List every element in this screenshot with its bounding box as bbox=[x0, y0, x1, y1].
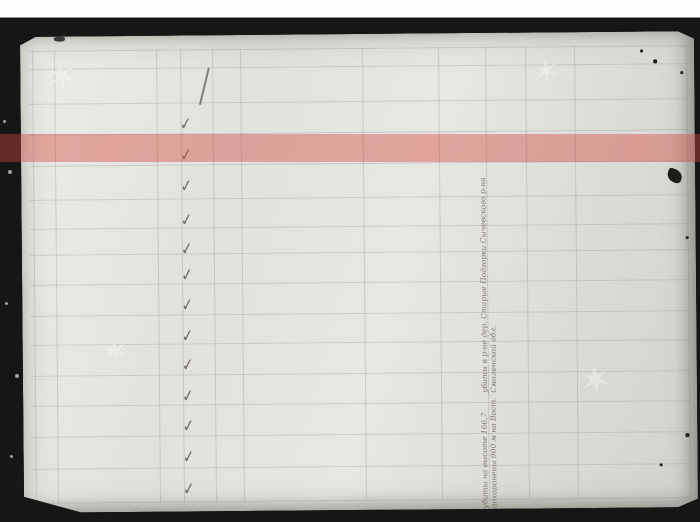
star-watermark-icon: ✶ bbox=[98, 330, 134, 375]
check-mark: ✓ bbox=[179, 145, 193, 166]
check-mark: ✓ bbox=[182, 479, 196, 500]
grid-hline bbox=[28, 63, 688, 70]
ink-speck bbox=[685, 433, 689, 437]
grid-hline bbox=[29, 98, 689, 105]
table-row: ✓ bbox=[20, 31, 694, 37]
table-row: ✓ bbox=[20, 31, 694, 37]
scanned-document-viewport: ✶✶✶✶ ✓✓✓✓✓✓✓✓✓✓✓✓✓ убиты в р-не дер. Ста… bbox=[0, 0, 700, 522]
check-mark: ✓ bbox=[179, 176, 193, 197]
watermark-layer: ✶✶✶✶ bbox=[20, 31, 694, 37]
check-mark: ✓ bbox=[182, 447, 196, 468]
grid-hline bbox=[29, 129, 689, 136]
table-row: ✓ bbox=[20, 31, 694, 37]
dust-speck bbox=[10, 455, 13, 458]
grid-hline bbox=[30, 223, 690, 230]
check-mark: ✓ bbox=[181, 326, 195, 347]
ink-speck bbox=[680, 71, 683, 74]
ink-speck bbox=[686, 236, 689, 239]
star-watermark-icon: ✶ bbox=[576, 356, 616, 406]
scanner-bed-strip bbox=[0, 0, 700, 18]
ink-speck bbox=[653, 59, 657, 63]
document-page: ✶✶✶✶ ✓✓✓✓✓✓✓✓✓✓✓✓✓ убиты в р-не дер. Ста… bbox=[20, 31, 698, 513]
table-row bbox=[20, 31, 694, 37]
table-row: ✓ bbox=[20, 31, 694, 37]
scan-background: ✶✶✶✶ ✓✓✓✓✓✓✓✓✓✓✓✓✓ убиты в р-не дер. Ста… bbox=[0, 18, 700, 522]
grid-hline bbox=[30, 249, 690, 256]
grid-vline bbox=[54, 51, 59, 503]
table-row: ✓ bbox=[20, 31, 694, 37]
grid-vline bbox=[32, 51, 37, 503]
check-mark: ✓ bbox=[179, 114, 193, 135]
table-row: ✓ bbox=[20, 31, 694, 37]
dust-speck bbox=[5, 302, 8, 305]
paper-specks bbox=[20, 31, 694, 37]
table-row: ✓ bbox=[20, 31, 694, 37]
grid-hline bbox=[29, 194, 689, 201]
dust-speck bbox=[8, 170, 12, 174]
grid-vline bbox=[686, 45, 691, 497]
grid-hline bbox=[32, 463, 692, 470]
check-mark: ✓ bbox=[180, 239, 194, 260]
edge-notch bbox=[54, 37, 65, 42]
ink-speck bbox=[640, 50, 643, 53]
margin-note-vertical-lower: убиты на высоте 166,7 похоронены 900 м н… bbox=[480, 393, 511, 508]
grid-hline bbox=[30, 310, 690, 317]
grid-hline bbox=[29, 160, 689, 167]
torn-edge-mark bbox=[665, 167, 683, 184]
grid-vline bbox=[438, 47, 443, 499]
check-mark: ✓ bbox=[180, 295, 194, 316]
table-grid bbox=[20, 31, 694, 37]
grid-hline bbox=[31, 431, 691, 438]
check-mark: ✓ bbox=[181, 416, 195, 437]
grid-vline bbox=[156, 50, 161, 502]
grid-vline bbox=[574, 46, 579, 498]
check-mark: ✓ bbox=[181, 355, 195, 376]
table-row: ✓ bbox=[20, 31, 694, 37]
table-row: ✓ bbox=[20, 31, 694, 37]
dust-speck bbox=[3, 120, 6, 123]
grid-vline bbox=[240, 49, 245, 501]
grid-vline bbox=[525, 47, 530, 499]
star-watermark-icon: ✶ bbox=[529, 50, 563, 94]
check-mark: ✓ bbox=[180, 210, 194, 231]
margin-note-vertical-upper: убиты в р-не дер. Старые Подгорки Сычевс… bbox=[478, 163, 516, 393]
grid-hline bbox=[32, 497, 692, 504]
column-number-row bbox=[20, 31, 694, 37]
table-row: ✓ bbox=[20, 31, 694, 37]
pencil-slash-mark bbox=[199, 68, 210, 105]
table-row: ✓ bbox=[20, 31, 694, 37]
grid-hline bbox=[28, 45, 688, 52]
check-mark: ✓ bbox=[180, 265, 194, 286]
grid-hline bbox=[30, 279, 690, 286]
table-rows: ✓✓✓✓✓✓✓✓✓✓✓✓✓ bbox=[20, 31, 694, 37]
table-row: ✓ bbox=[20, 31, 694, 37]
ink-speck bbox=[660, 463, 663, 466]
dust-speck bbox=[15, 374, 19, 378]
star-watermark-icon: ✶ bbox=[42, 52, 82, 102]
table-row: ✓ bbox=[20, 31, 694, 37]
check-mark: ✓ bbox=[181, 386, 195, 407]
grid-vline bbox=[362, 48, 367, 500]
grid-vline bbox=[212, 49, 217, 501]
